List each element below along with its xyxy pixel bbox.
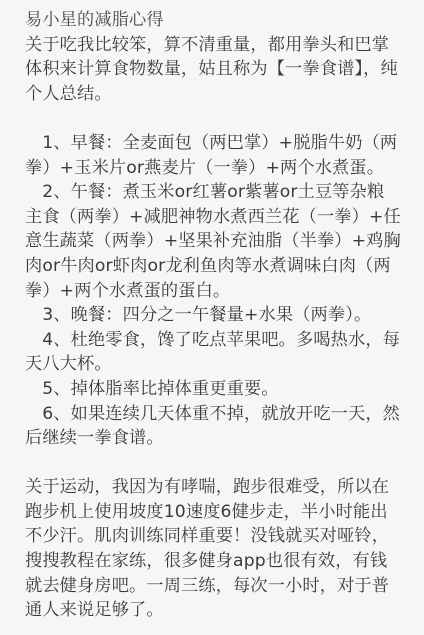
diet-item-snacks: 4、杜绝零食，馋了吃点苹果吧。多喝热水，每天八大杯。	[25, 328, 401, 377]
intro-paragraph: 关于吃我比较笨，算不清重量，都用拳头和巴掌体积来计算食物数量，姑且称为【一拳食谱…	[25, 33, 401, 107]
diet-item-breakfast: 1、早餐：全麦面包（两巴掌）+脱脂牛奶（两拳）+玉米片or燕麦片（一拳）+两个水…	[25, 131, 401, 180]
document-body: 易小星的减脂心得 关于吃我比较笨，算不清重量，都用拳头和巴掌体积来计算食物数量，…	[25, 8, 401, 623]
paragraph-spacer	[25, 106, 401, 131]
document-title: 易小星的减脂心得	[25, 8, 401, 33]
diet-item-lunch: 2、午餐：煮玉米or红薯or紫薯or土豆等杂粮主食（两拳）+减肥神物水煮西兰花（…	[25, 180, 401, 303]
diet-item-bodyfat: 5、掉体脂率比掉体重更重要。	[25, 377, 401, 402]
paragraph-spacer	[25, 451, 401, 476]
diet-item-cheat-day: 6、如果连续几天体重不掉，就放开吃一天，然后继续一拳食谱。	[25, 402, 401, 451]
exercise-paragraph: 关于运动，我因为有哮喘，跑步很难受，所以在跑步机上使用坡度10速度6健步走，半小…	[25, 475, 401, 623]
diet-item-dinner: 3、晚餐：四分之一午餐量+水果（两拳）。	[25, 303, 401, 328]
